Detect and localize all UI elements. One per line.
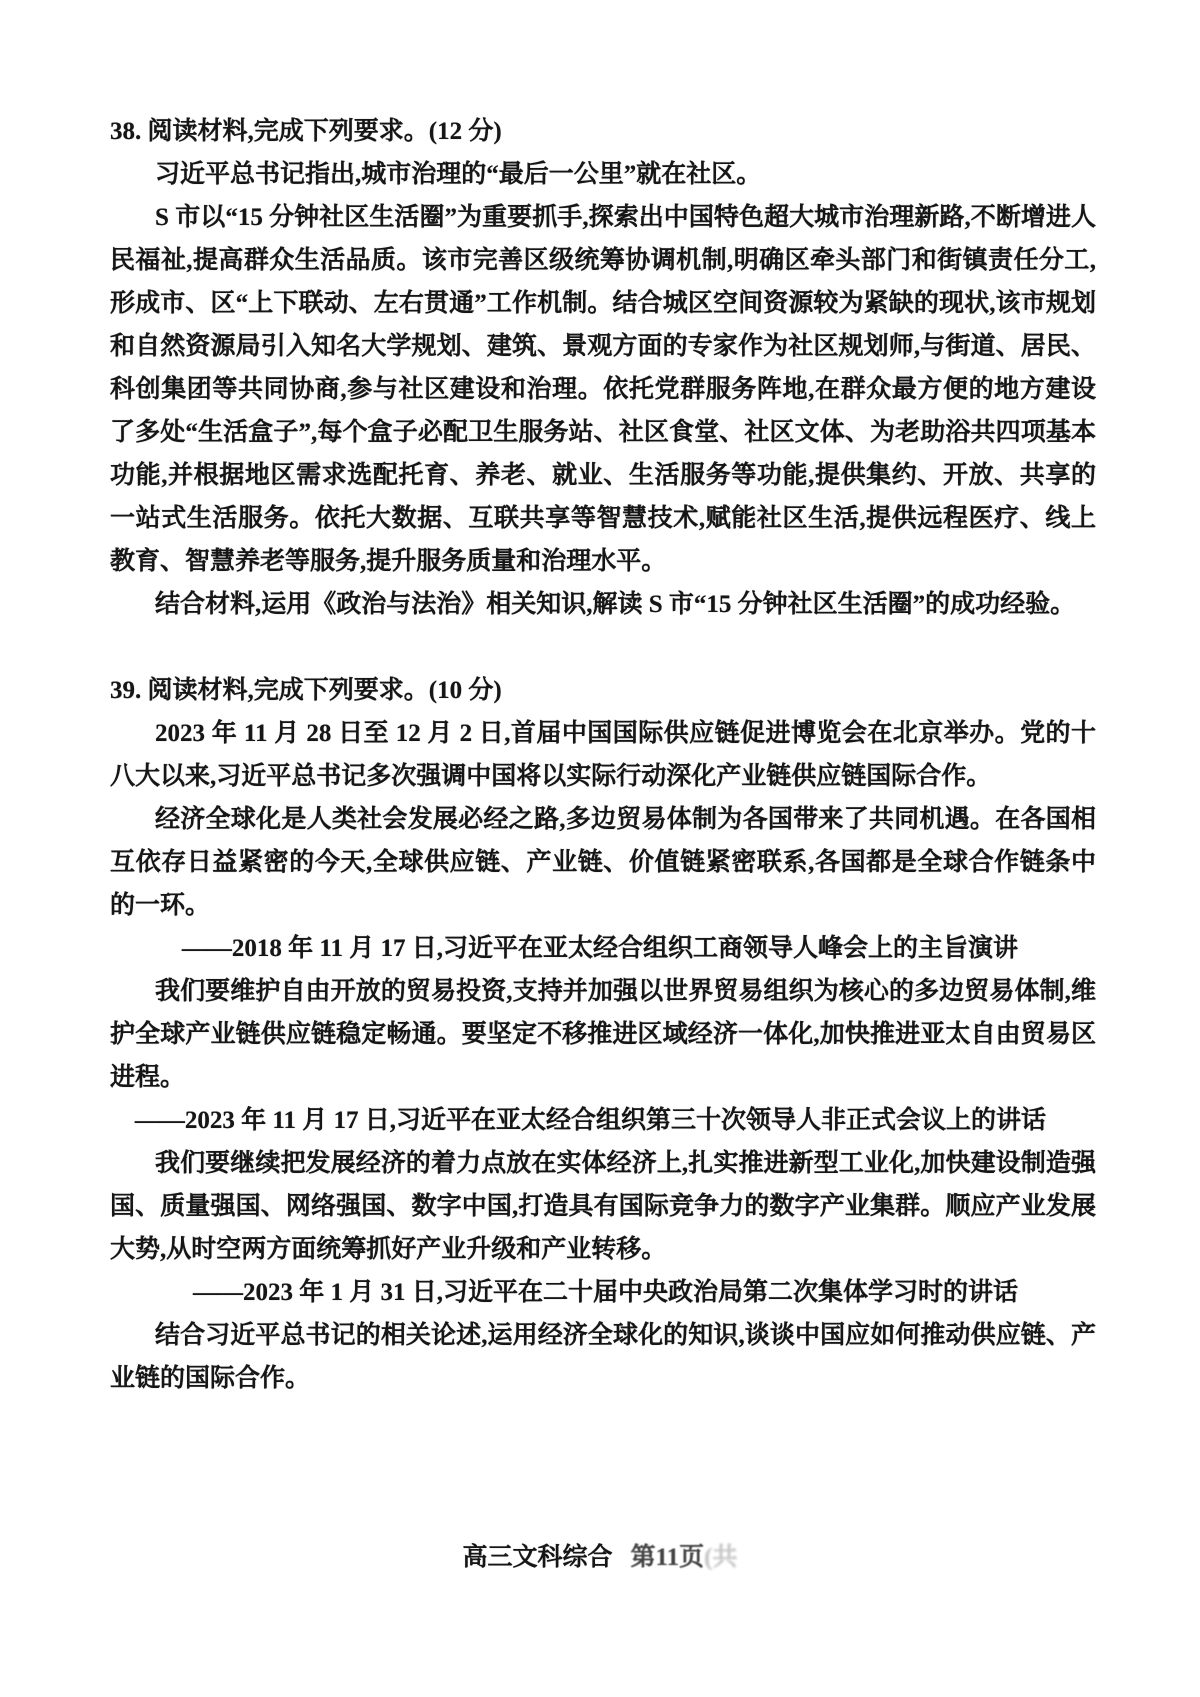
footer-paper-title: 高三文科综合 [463, 1544, 613, 1571]
question-38-task-prompt: 结合材料,运用《政治与法治》相关知识,解读 S 市“15 分钟社区生活圈”的成功… [110, 583, 1096, 626]
question-38-header: 38. 阅读材料,完成下列要求。(12 分) [110, 110, 1096, 153]
question-39-quote-3: 我们要继续把发展经济的着力点放在实体经济上,扎实推进新型工业化,加快建设制造强国… [110, 1142, 1096, 1271]
question-38-intro-paragraph: 习近平总书记指出,城市治理的“最后一公里”就在社区。 [110, 153, 1096, 196]
question-38: 38. 阅读材料,完成下列要求。(12 分) 习近平总书记指出,城市治理的“最后… [110, 110, 1096, 626]
question-39-quote-3-attribution: ——2023 年 1 月 31 日,习近平在二十届中央政治局第二次集体学习时的讲… [110, 1271, 1096, 1314]
scanned-exam-page: 38. 阅读材料,完成下列要求。(12 分) 习近平总书记指出,城市治理的“最后… [0, 0, 1200, 1697]
question-39-intro-paragraph: 2023 年 11 月 28 日至 12 月 2 日,首届中国国际供应链促进博览… [110, 712, 1096, 798]
page-content: 38. 阅读材料,完成下列要求。(12 分) 习近平总书记指出,城市治理的“最后… [110, 110, 1096, 1400]
question-38-material-paragraph: S 市以“15 分钟社区生活圈”为重要抓手,探索出中国特色超大城市治理新路,不断… [110, 196, 1096, 583]
question-39-header: 39. 阅读材料,完成下列要求。(10 分) [110, 669, 1096, 712]
question-39: 39. 阅读材料,完成下列要求。(10 分) 2023 年 11 月 28 日至… [110, 669, 1096, 1400]
question-39-quote-2-attribution: ——2023 年 11 月 17 日,习近平在亚太经合组织第三十次领导人非正式会… [110, 1099, 1096, 1142]
question-39-task-prompt: 结合习近平总书记的相关论述,运用经济全球化的知识,谈谈中国应如何推动供应链、产业… [110, 1314, 1096, 1400]
footer-page-number: 第11页 [631, 1544, 705, 1571]
question-39-quote-1: 经济全球化是人类社会发展必经之路,多边贸易体制为各国带来了共同机遇。在各国相互依… [110, 798, 1096, 927]
question-39-quote-2: 我们要维护自由开放的贸易投资,支持并加强以世界贸易组织为核心的多边贸易体制,维护… [110, 970, 1096, 1099]
question-39-quote-1-attribution: ——2018 年 11 月 17 日,习近平在亚太经合组织工商领导人峰会上的主旨… [110, 927, 1096, 970]
footer-faded-tail: (共 [704, 1544, 737, 1571]
page-footer: 高三文科综合第11页(共 [0, 1541, 1200, 1575]
